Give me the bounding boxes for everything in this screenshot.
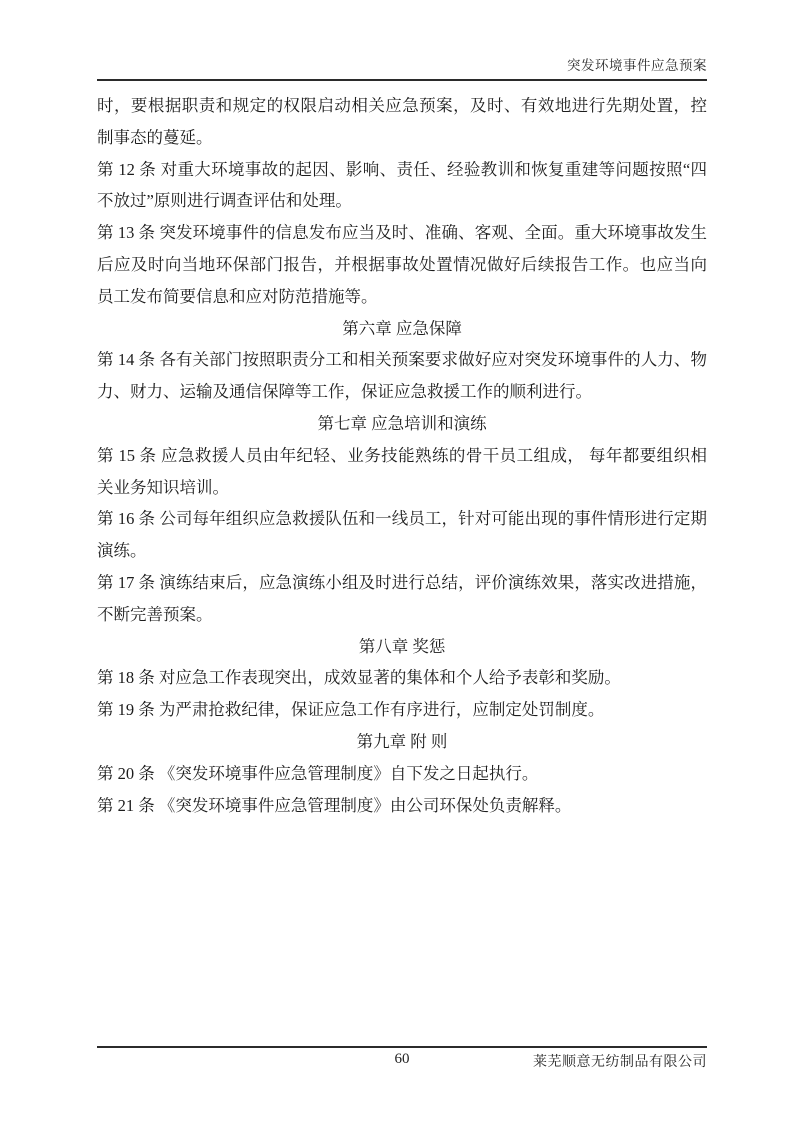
paragraph: 时，要根据职责和规定的权限启动相关应急预案，及时、有效地进行先期处置，控制事态的… xyxy=(97,90,707,154)
page-footer: 60 莱芜顺意无纺制品有限公司 xyxy=(97,1046,707,1076)
chapter-heading: 第六章 应急保障 xyxy=(97,313,707,345)
chapter-heading: 第九章 附 则 xyxy=(97,726,707,758)
header-title: 突发环境事件应急预案 xyxy=(97,0,707,79)
paragraph: 第 12 条 对重大环境事故的起因、影响、责任、经验教训和恢复重建等问题按照“四… xyxy=(97,154,707,218)
paragraph: 第 17 条 演练结束后，应急演练小组及时进行总结，评价演练效果，落实改进措施，… xyxy=(97,567,707,631)
paragraph: 第 19 条 为严肃抢救纪律，保证应急工作有序进行，应制定处罚制度。 xyxy=(97,694,707,726)
chapter-heading: 第七章 应急培训和演练 xyxy=(97,408,707,440)
paragraph: 第 18 条 对应急工作表现突出，成效显著的集体和个人给予表彰和奖励。 xyxy=(97,662,707,694)
document-body: 时，要根据职责和规定的权限启动相关应急预案，及时、有效地进行先期处置，控制事态的… xyxy=(97,90,707,821)
header-rule xyxy=(97,79,707,81)
page-header: 突发环境事件应急预案 xyxy=(97,0,707,81)
paragraph: 第 15 条 应急救援人员由年纪轻、业务技能熟练的骨干员工组成， 每年都要组织相… xyxy=(97,440,707,504)
paragraph: 第 20 条 《突发环境事件应急管理制度》自下发之日起执行。 xyxy=(97,758,707,790)
paragraph: 第 13 条 突发环境事件的信息发布应当及时、准确、客观、全面。重大环境事故发生… xyxy=(97,217,707,312)
company-name: 莱芜顺意无纺制品有限公司 xyxy=(533,1051,707,1071)
paragraph: 第 14 条 各有关部门按照职责分工和相关预案要求做好应对突发环境事件的人力、物… xyxy=(97,344,707,408)
paragraph: 第 21 条 《突发环境事件应急管理制度》由公司环保处负责解释。 xyxy=(97,790,707,822)
paragraph: 第 16 条 公司每年组织应急救援队伍和一线员工，针对可能出现的事件情形进行定期… xyxy=(97,503,707,567)
document-page: 突发环境事件应急预案 时，要根据职责和规定的权限启动相关应急预案，及时、有效地进… xyxy=(0,0,800,1131)
chapter-heading: 第八章 奖惩 xyxy=(97,631,707,663)
